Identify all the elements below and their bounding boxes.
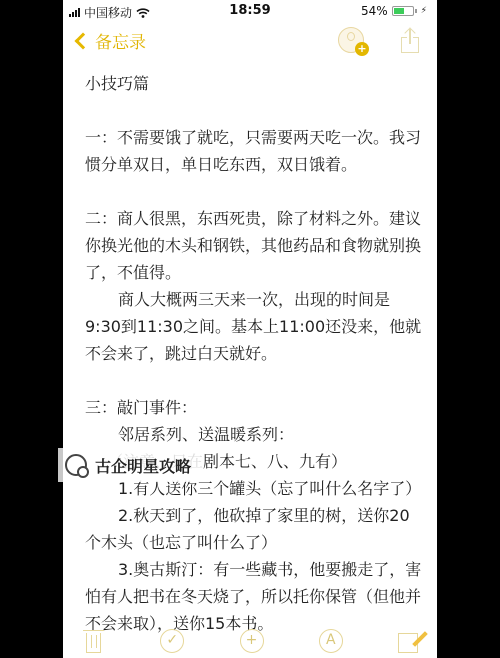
battery-tip [415,9,417,13]
trash-icon [86,633,101,653]
battery-icon [392,6,414,16]
notes-screen: 中国移动 18:59 54% ⚡ 备忘录 + [63,0,437,658]
checklist-button[interactable]: ✓ [160,629,184,653]
note-section-1: 一：不需要饿了就吃，只需要两天吃一次。我习惯分单双日，单日吃东西，双日饿着。 [85,124,425,178]
note-item-2: 2.秋天到了，他砍掉了家里的树，送你20个木头（也忘了叫什么了） [85,502,425,556]
sketch-icon: A [319,629,343,653]
plus-badge-icon: + [355,42,369,56]
note-merchant-timing: 商人大概两三天来一次，出现的时间是9:30到11:30之间。基本上11:00还没… [85,286,425,367]
share-button[interactable] [400,28,420,54]
note-section-2: 二：商人很黑，东西死贵，除了材料之外。建议你换光他的木头和钢铁，其他药品和食物就… [85,205,425,286]
watermark: 古企明星攻略 [58,448,203,482]
status-right: 54% ⚡ [361,4,427,18]
add-person-button[interactable]: + [338,27,364,53]
note-section-3-heading: 三：敲门事件： [85,394,425,421]
add-icon: + [240,629,264,653]
charging-icon: ⚡ [421,6,427,16]
bottom-toolbar: ✓ + A [63,624,437,658]
watermark-text: 古企明星攻略 [95,454,191,477]
sketch-button[interactable]: A [319,629,343,653]
compose-icon [398,633,418,653]
note-body[interactable]: 小技巧篇 一：不需要饿了就吃，只需要两天吃一次。我习惯分单双日，单日吃东西，双日… [85,70,425,637]
person-icon [347,32,355,41]
add-button[interactable]: + [240,629,264,653]
status-bar: 中国移动 18:59 54% ⚡ [63,0,437,22]
delete-button[interactable] [81,629,105,653]
compose-button[interactable] [398,629,422,653]
checklist-icon: ✓ [160,629,184,653]
nav-bar: 备忘录 + [63,22,437,62]
back-label: 备忘录 [95,28,146,53]
chevron-left-icon [75,32,92,49]
note-title: 小技巧篇 [85,70,425,97]
note-neighbor-series: 邻居系列、送温暖系列： [85,421,425,448]
back-button[interactable]: 备忘录 [73,28,146,53]
watermark-logo-icon [65,454,87,476]
battery-percent: 54% [361,4,388,18]
